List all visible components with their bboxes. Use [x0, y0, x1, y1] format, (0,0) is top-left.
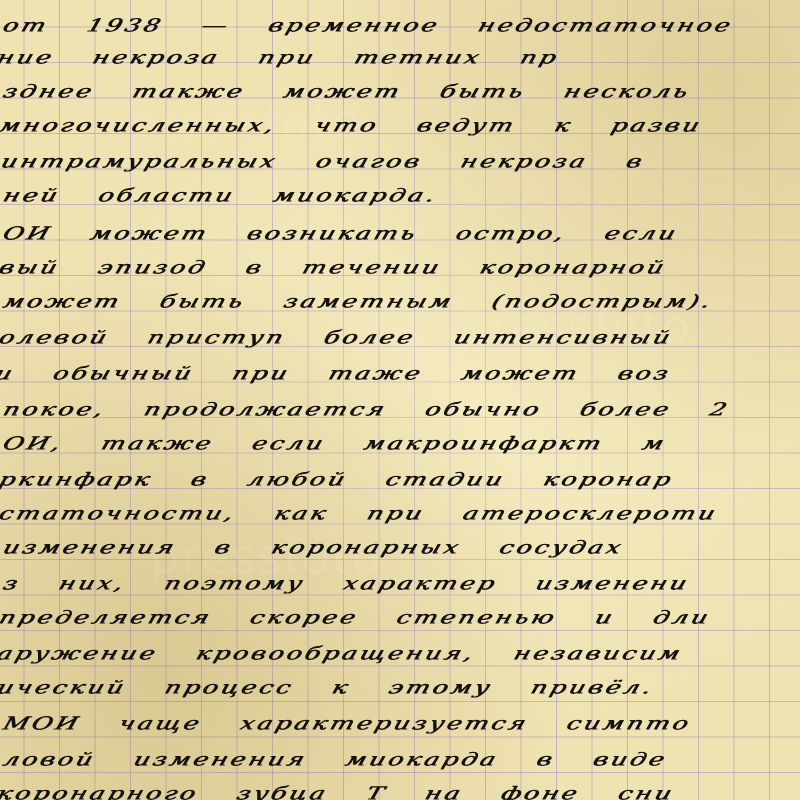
- text-line: изменения в коронарных сосудах: [0, 537, 627, 560]
- text-line: может быть заметным (подострым).: [0, 291, 716, 314]
- text-line: ловой изменения миокарда в виде: [0, 749, 670, 772]
- text-line: зднее также может быть несколь: [0, 81, 693, 104]
- text-line: ОИ может возникать остро, если: [0, 223, 681, 246]
- text-line: МОИ чаще характеризуется симпто: [0, 713, 694, 736]
- text-line: ОИ, также если макроинфаркт м: [0, 433, 669, 456]
- text-line: аружение кровообращения, независим: [0, 643, 686, 666]
- text-line: от 1938 — временное недостаточное: [0, 15, 736, 38]
- text-line: пределяется скорее степенью и дли: [0, 607, 714, 630]
- text-line: ней области миокарда.: [0, 185, 440, 208]
- notebook-page: pressfoto pressfoto pressfoto от 1938 — …: [0, 0, 800, 800]
- text-line: интрамуральных очагов некроза в: [0, 151, 648, 174]
- text-line: ние некроза при тетних пр: [0, 47, 562, 70]
- text-line: многочисленных, что ведут к разви: [0, 115, 705, 138]
- text-line: и обычный при таже может воз: [0, 363, 674, 386]
- text-line: олевой приступ более интенсивный: [0, 327, 676, 350]
- text-line: ический процесс к этому привёл.: [0, 677, 657, 700]
- text-line: ркинфарк в любой стадии коронар: [0, 469, 676, 492]
- text-line: коронарного зубца T на фоне сни: [0, 783, 677, 800]
- text-line: покое, продолжается обычно более 2: [0, 399, 732, 422]
- text-line: з них, поэтому характер изменени: [0, 573, 692, 596]
- text-line: вый эпизод в течении коронарной: [0, 257, 669, 280]
- text-line: статочности, как при атеросклероти: [0, 503, 721, 526]
